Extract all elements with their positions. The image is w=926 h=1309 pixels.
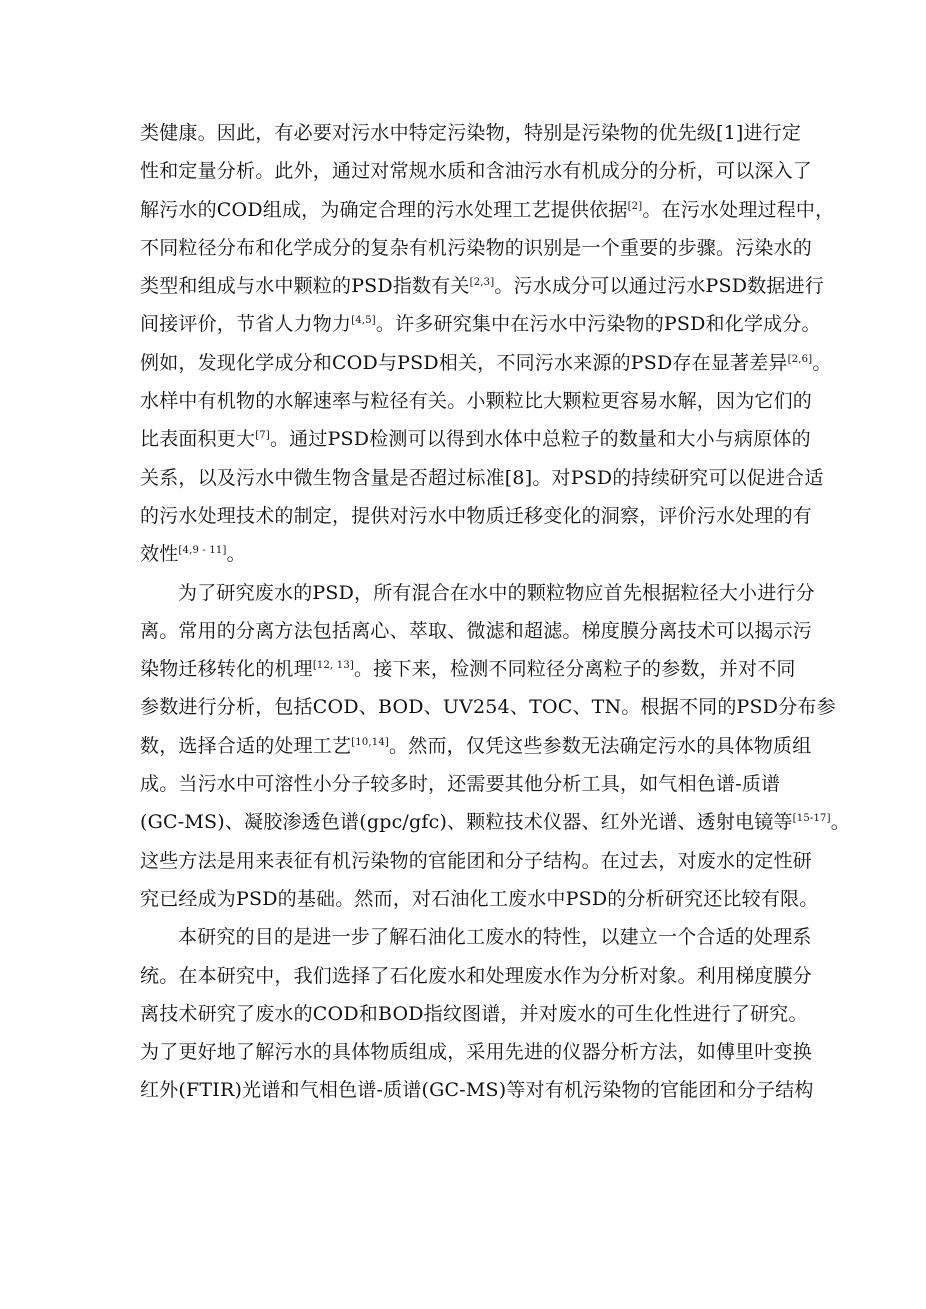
line-text: 数，选择合适的处理工艺: [140, 735, 351, 757]
text-line: 本研究的目的是进一步了解石油化工废水的特性，以建立一个合适的处理系: [140, 918, 790, 956]
citation-superscript: [2]: [628, 201, 643, 212]
line-text: (GC-MS)、凝胶渗透色谱(gpc/gfc)、颗粒技术仪器、红外光谱、透射电镜…: [140, 811, 793, 833]
text-line: 的污水处理技术的制定，提供对污水中物质迁移变化的洞察，评价污水处理的有: [140, 497, 790, 535]
text-line: 参数进行分析，包括COD、BOD、UV254、TOC、TN。根据不同的PSD分布…: [140, 688, 790, 726]
line-text: 离。常用的分离方法包括离心、萃取、微滤和超滤。梯度膜分离技术可以揭示污: [140, 620, 812, 642]
text-line: 类健康。因此，有必要对污水中特定污染物，特别是污染物的优先级[1]进行定: [140, 114, 790, 152]
text-line: 离技术研究了废水的COD和BOD指纹图谱，并对废水的可生化性进行了研究。: [140, 995, 790, 1033]
text-line: 水样中有机物的水解速率与粒径有关。小颗粒比大颗粒更容易水解，因为它们的: [140, 382, 790, 420]
citation-superscript: [10,14]: [351, 737, 389, 748]
text-line: 不同粒径分布和化学成分的复杂有机污染物的识别是一个重要的步骤。污染水的: [140, 229, 790, 267]
line-text-tail: 。污水成分可以通过污水PSD数据进行: [494, 275, 824, 297]
line-text: 类型和组成与水中颗粒的PSD指数有关: [140, 275, 470, 297]
line-text: 效性: [140, 543, 178, 565]
line-text: 离技术研究了废水的COD和BOD指纹图谱，并对废水的可生化性进行了研究。: [140, 1003, 808, 1025]
line-text-tail: 。: [227, 543, 246, 565]
text-line: 数，选择合适的处理工艺[10,14]。然而，仅凭这些参数无法确定污水的具体物质组: [140, 727, 790, 765]
document-page: 类健康。因此，有必要对污水中特定污染物，特别是污染物的优先级[1]进行定性和定量…: [140, 114, 790, 1110]
citation-superscript: [15-17]: [793, 813, 831, 824]
line-text: 究已经成为PSD的基础。然而，对石油化工废水中PSD的分析研究还比较有限。: [140, 888, 818, 910]
text-line: 为了研究废水的PSD，所有混合在水中的颗粒物应首先根据粒径大小进行分: [140, 574, 790, 612]
text-line: 间接评价，节省人力物力[4,5]。许多研究集中在污水中污染物的PSD和化学成分。: [140, 305, 790, 343]
text-line: 例如，发现化学成分和COD与PSD相关，不同污水来源的PSD存在显著差异[2,6…: [140, 344, 790, 382]
line-text: 染物迁移转化的机理: [140, 658, 313, 680]
line-text-tail: 。然而，仅凭这些参数无法确定污水的具体物质组: [389, 735, 811, 757]
text-line: (GC-MS)、凝胶渗透色谱(gpc/gfc)、颗粒技术仪器、红外光谱、透射电镜…: [140, 803, 790, 841]
line-text: 本研究的目的是进一步了解石油化工废水的特性，以建立一个合适的处理系: [178, 926, 812, 948]
line-text-tail: 。在污水处理过程中，: [642, 199, 834, 221]
line-text: 红外(FTIR)光谱和气相色谱-质谱(GC-MS)等对有机污染物的官能团和分子结…: [140, 1079, 814, 1101]
line-text: 不同粒径分布和化学成分的复杂有机污染物的识别是一个重要的步骤。污染水的: [140, 237, 812, 259]
line-text: 例如，发现化学成分和COD与PSD相关，不同污水来源的PSD存在显著差异: [140, 352, 788, 374]
citation-superscript: [2,6]: [788, 354, 813, 365]
text-line: 性和定量分析。此外，通过对常规水质和含油污水有机成分的分析，可以深入了: [140, 152, 790, 190]
citation-superscript: [4,9 - 11]: [178, 545, 226, 556]
line-text-tail: 。: [831, 811, 850, 833]
text-line: 比表面积更大[7]。通过PSD检测可以得到水体中总粒子的数量和大小与病原体的: [140, 420, 790, 458]
text-line: 染物迁移转化的机理[12, 13]。接下来，检测不同粒径分离粒子的参数，并对不同: [140, 650, 790, 688]
text-line: 离。常用的分离方法包括离心、萃取、微滤和超滤。梯度膜分离技术可以揭示污: [140, 612, 790, 650]
text-line: 解污水的COD组成，为确定合理的污水处理工艺提供依据[2]。在污水处理过程中，: [140, 191, 790, 229]
line-text: 为了更好地了解污水的具体物质组成，采用先进的仪器分析方法，如傅里叶变换: [140, 1041, 812, 1063]
citation-superscript: [4,5]: [351, 315, 376, 326]
line-text: 统。在本研究中，我们选择了石化废水和处理废水作为分析对象。利用梯度膜分: [140, 965, 812, 987]
text-line: 效性[4,9 - 11]。: [140, 535, 790, 573]
line-text: 参数进行分析，包括COD、BOD、UV254、TOC、TN。根据不同的PSD分布…: [140, 696, 836, 718]
line-text-tail: 。许多研究集中在污水中污染物的PSD和化学成分。: [376, 313, 821, 335]
line-text-tail: 。接下来，检测不同粒径分离粒子的参数，并对不同: [354, 658, 796, 680]
line-text-tail: 。: [812, 352, 831, 374]
line-text: 这些方法是用来表征有机污染物的官能团和分子结构。在过去，对废水的定性研: [140, 850, 812, 872]
citation-superscript: [7]: [255, 430, 270, 441]
citation-superscript: [2,3]: [470, 277, 495, 288]
line-text: 比表面积更大: [140, 428, 255, 450]
line-text-tail: 。通过PSD检测可以得到水体中总粒子的数量和大小与病原体的: [270, 428, 811, 450]
line-text: 的污水处理技术的制定，提供对污水中物质迁移变化的洞察，评价污水处理的有: [140, 505, 812, 527]
text-line: 类型和组成与水中颗粒的PSD指数有关[2,3]。污水成分可以通过污水PSD数据进…: [140, 267, 790, 305]
line-text: 类健康。因此，有必要对污水中特定污染物，特别是污染物的优先级[1]进行定: [140, 122, 801, 144]
text-line: 这些方法是用来表征有机污染物的官能团和分子结构。在过去，对废水的定性研: [140, 842, 790, 880]
text-line: 统。在本研究中，我们选择了石化废水和处理废水作为分析对象。利用梯度膜分: [140, 957, 790, 995]
line-text: 间接评价，节省人力物力: [140, 313, 351, 335]
text-line: 关系，以及污水中微生物含量是否超过标准[8]。对PSD的持续研究可以促进合适: [140, 459, 790, 497]
text-line: 红外(FTIR)光谱和气相色谱-质谱(GC-MS)等对有机污染物的官能团和分子结…: [140, 1071, 790, 1109]
text-line: 成。当污水中可溶性小分子较多时，还需要其他分析工具，如气相色谱-质谱: [140, 765, 790, 803]
line-text: 为了研究废水的PSD，所有混合在水中的颗粒物应首先根据粒径大小进行分: [178, 582, 815, 604]
line-text: 成。当污水中可溶性小分子较多时，还需要其他分析工具，如气相色谱-质谱: [140, 773, 780, 795]
citation-superscript: [12, 13]: [313, 660, 354, 671]
text-line: 为了更好地了解污水的具体物质组成，采用先进的仪器分析方法，如傅里叶变换: [140, 1033, 790, 1071]
text-line: 究已经成为PSD的基础。然而，对石油化工废水中PSD的分析研究还比较有限。: [140, 880, 790, 918]
line-text: 解污水的COD组成，为确定合理的污水处理工艺提供依据: [140, 199, 628, 221]
line-text: 水样中有机物的水解速率与粒径有关。小颗粒比大颗粒更容易水解，因为它们的: [140, 390, 812, 412]
line-text: 性和定量分析。此外，通过对常规水质和含油污水有机成分的分析，可以深入了: [140, 160, 812, 182]
line-text: 关系，以及污水中微生物含量是否超过标准[8]。对PSD的持续研究可以促进合适: [140, 467, 824, 489]
